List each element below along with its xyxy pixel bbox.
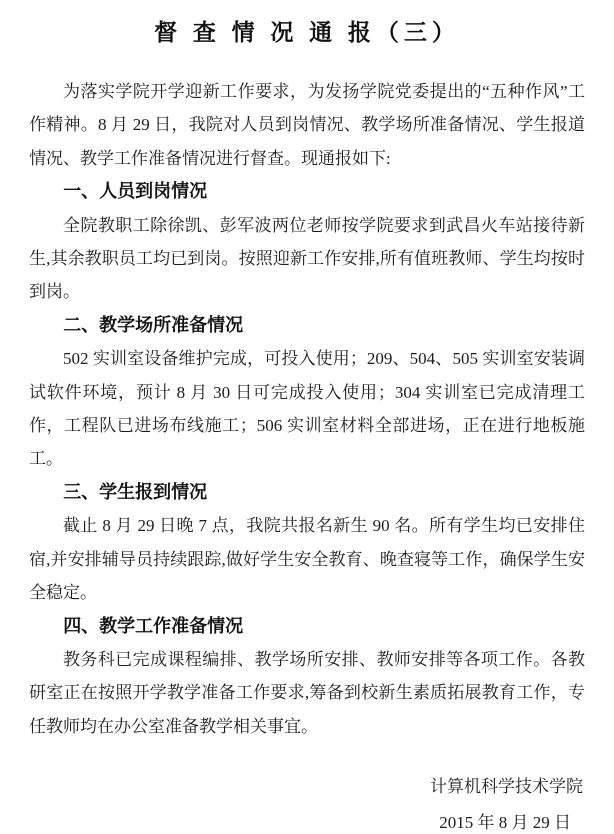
signature-org: 计算机科学技术学院	[29, 769, 585, 805]
section-4-heading: 四、教学工作准备情况	[29, 610, 585, 643]
signature-block: 计算机科学技术学院 2015 年 8 月 29 日	[29, 769, 585, 834]
section-2-body: 502 实训室设备维护完成，可投入使用；209、504、505 实训室安装调试软…	[29, 342, 585, 476]
section-1-heading: 一、人员到岗情况	[29, 175, 585, 208]
intro-paragraph: 为落实学院开学迎新工作要求，为发扬学院党委提出的“五种作风”工作精神。8 月 2…	[29, 75, 585, 175]
section-3-body: 截止 8 月 29 日晚 7 点，我院共报名新生 90 名。所有学生均已安排住宿…	[29, 509, 585, 609]
section-4-body: 教务科已完成课程编排、教学场所安排、教师安排等各项工作。各教研室正在按照开学教学…	[29, 643, 585, 743]
section-2-heading: 二、教学场所准备情况	[29, 309, 585, 342]
signature-date: 2015 年 8 月 29 日	[29, 805, 585, 834]
document-page: 督 查 情 况 通 报（三） 为落实学院开学迎新工作要求，为发扬学院党委提出的“…	[0, 0, 614, 834]
section-1-body: 全院教职工除徐凯、彭军波两位老师按学院要求到武昌火车站接待新生,其余教职员工均已…	[29, 209, 585, 309]
document-title: 督 查 情 况 通 报（三）	[29, 14, 585, 47]
section-3-heading: 三、学生报到情况	[29, 476, 585, 509]
